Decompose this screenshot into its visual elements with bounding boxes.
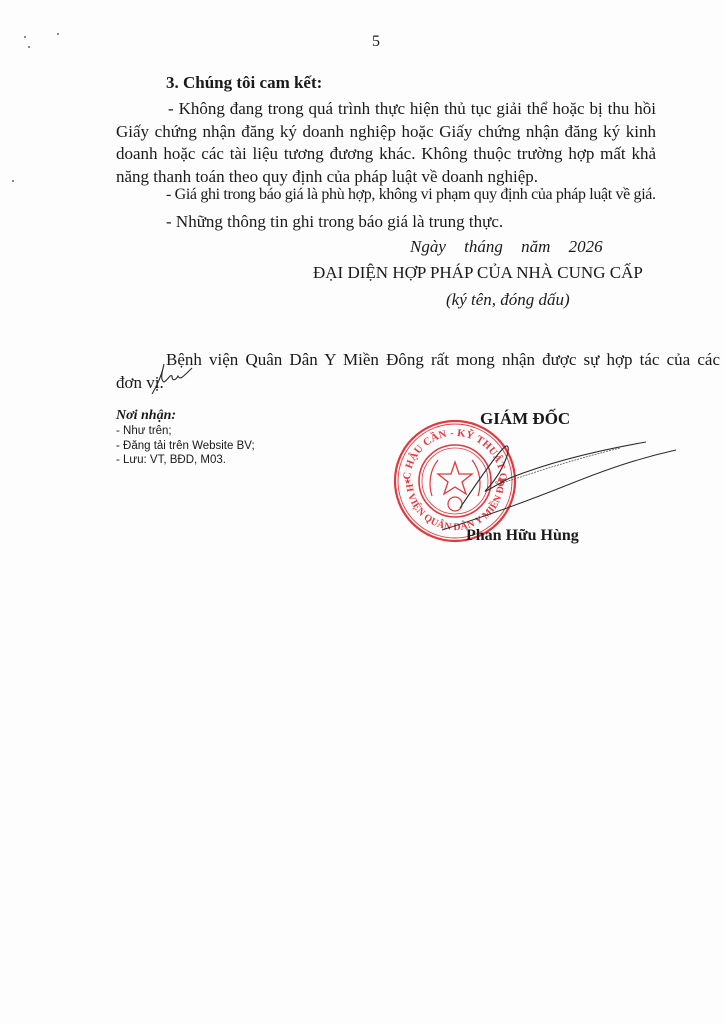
page-number: 5: [0, 33, 724, 51]
commitments-heading: 3. Chúng tôi cam kết:: [166, 73, 322, 93]
commitment-item-3: - Những thông tin ghi trong báo giá là t…: [166, 212, 503, 232]
closing-line: Bệnh viện Quân Dân Y Miền Đông rất mong …: [116, 348, 720, 371]
recipients-block: Nơi nhận: - Như trên; - Đăng tải trên We…: [116, 407, 255, 468]
recipient-item: - Đăng tải trên Website BV;: [116, 439, 255, 454]
commitment-item-1-line: doanh hoặc các tài liệu tương đương khác…: [116, 143, 656, 166]
commitment-item-1: - Không đang trong quá trình thực hiện t…: [116, 98, 656, 188]
commitment-item-1-line: Giấy chứng nhận đăng ký doanh nghiệp hoặ…: [116, 121, 656, 144]
commitment-item-2: - Giá ghi trong báo giá là phù hợp, khôn…: [166, 186, 656, 204]
signatory-name: Phan Hữu Hùng: [466, 527, 579, 545]
svg-text:★: ★: [404, 477, 411, 486]
signature-instruction: (ký tên, đóng dấu): [446, 290, 570, 310]
commitment-item-1-line: - Không đang trong quá trình thực hiện t…: [116, 98, 656, 121]
closing-line: đơn vị.: [116, 371, 720, 394]
initials-signature: [150, 360, 195, 398]
recipient-item: - Như trên;: [116, 424, 255, 439]
recipient-item: - Lưu: VT, BĐD, M03.: [116, 453, 255, 468]
date-line: Ngày tháng năm 2026: [410, 237, 603, 257]
scan-speck: [12, 180, 14, 182]
supplier-representative-title: ĐẠI DIỆN HỢP PHÁP CỦA NHÀ CUNG CẤP: [313, 263, 643, 283]
recipients-title: Nơi nhận:: [116, 407, 255, 424]
commitment-item-1-line: năng thanh toán theo quy định của pháp l…: [116, 166, 656, 189]
closing-paragraph: Bệnh viện Quân Dân Y Miền Đông rất mong …: [116, 348, 720, 394]
director-signature: [440, 438, 680, 538]
